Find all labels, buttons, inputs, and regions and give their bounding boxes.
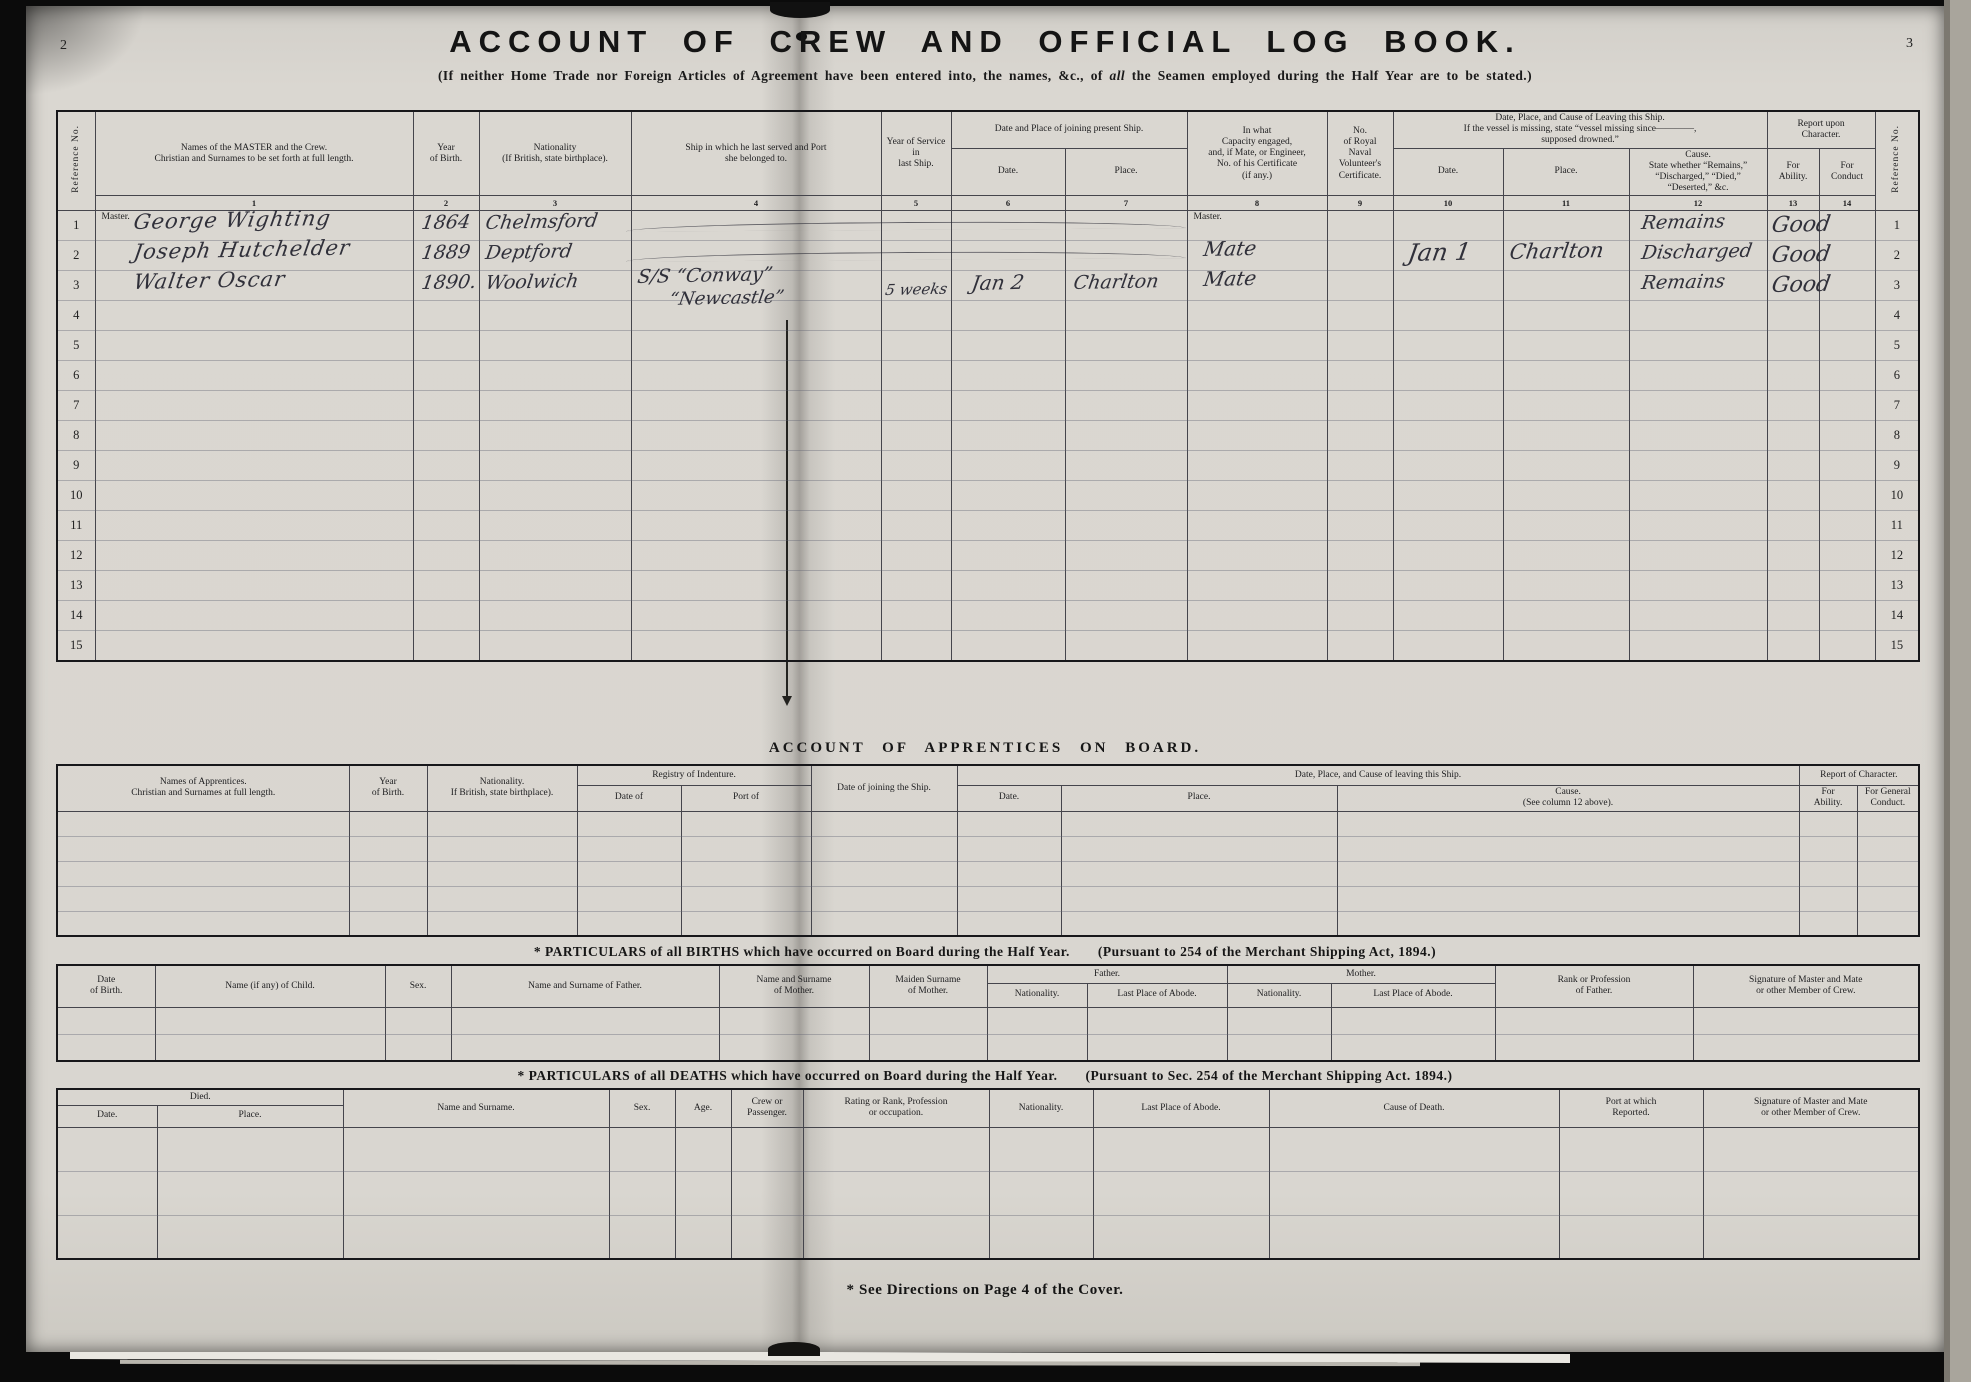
crew-ability-cell [1767, 361, 1819, 391]
crew-table-body: 1Master.George Wighting1864ChelmsfordMas… [57, 211, 1919, 661]
empty-row [57, 1034, 1919, 1061]
empty-cell [157, 1127, 343, 1171]
empty-cell [349, 886, 427, 911]
crew-conduct-cell [1819, 541, 1875, 571]
crew-join-date-cell [951, 421, 1065, 451]
crew-row: 55 [57, 331, 1919, 361]
cause-handwriting: Discharged [1640, 240, 1754, 264]
empty-cell [1799, 911, 1857, 936]
service-handwriting: 5 weeks [884, 280, 949, 299]
empty-cell [427, 861, 577, 886]
crew-join-place-cell [1065, 481, 1187, 511]
empty-cell [957, 836, 1061, 861]
empty-cell [731, 1215, 803, 1259]
crew-row: 44 [57, 301, 1919, 331]
empty-cell [1061, 911, 1337, 936]
crew-service-cell: 5 weeks [881, 271, 951, 301]
col-number: 9 [1327, 196, 1393, 211]
appr-header-registry-group: Registry of Indenture. [577, 765, 811, 785]
empty-cell [1703, 1215, 1919, 1259]
row-reference-right: 3 [1875, 271, 1919, 301]
crew-cause-cell [1629, 481, 1767, 511]
crew-header-service: Year of Service in last Ship. [881, 111, 951, 196]
births-header-mother-group: Mother. [1227, 965, 1495, 983]
crew-leave-date-cell [1393, 451, 1503, 481]
crew-leave-date-cell [1393, 481, 1503, 511]
row-reference-left: 14 [57, 601, 95, 631]
crew-birth-cell [413, 421, 479, 451]
empty-cell [349, 861, 427, 886]
crew-join-place-cell [1065, 421, 1187, 451]
crew-conduct-cell [1819, 391, 1875, 421]
row-reference-right: 1 [1875, 211, 1919, 241]
col-number: 12 [1629, 196, 1767, 211]
crew-leave-place-cell [1503, 511, 1629, 541]
crew-leave-place-cell [1503, 271, 1629, 301]
empty-cell [811, 861, 957, 886]
crew-rnv-cell [1327, 451, 1393, 481]
crew-service-cell [881, 631, 951, 661]
nationality-handwriting: Woolwich [484, 270, 580, 294]
crew-row: 1010 [57, 481, 1919, 511]
empty-cell [675, 1215, 731, 1259]
crew-column-numbers-row: 1 2 3 4 5 6 7 8 9 10 11 12 13 14 [57, 196, 1919, 211]
col-number: 3 [479, 196, 631, 211]
empty-cell [811, 911, 957, 936]
deaths-title-main: * PARTICULARS of all DEATHS which have o… [517, 1068, 1057, 1083]
empty-row [57, 911, 1919, 936]
crew-rnv-cell [1327, 541, 1393, 571]
crew-join-place-cell: Charlton [1065, 271, 1187, 301]
crew-cause-cell [1629, 391, 1767, 421]
births-header-father-name: Name and Surname of Father. [451, 965, 719, 1007]
crew-birth-cell [413, 361, 479, 391]
row-reference-right: 7 [1875, 391, 1919, 421]
births-table-body [57, 1007, 1919, 1061]
crew-name-handwriting: Walter Oscar [132, 267, 287, 294]
empty-cell [57, 861, 349, 886]
empty-cell [57, 911, 349, 936]
join-place-handwriting: Charlton [1072, 271, 1160, 295]
crew-conduct-cell [1819, 361, 1875, 391]
empty-cell [1799, 861, 1857, 886]
crew-birth-cell [413, 601, 479, 631]
deaths-header-nationality: Nationality. [989, 1089, 1093, 1127]
row-reference-left: 10 [57, 481, 95, 511]
empty-cell [57, 1171, 157, 1215]
empty-cell [609, 1171, 675, 1215]
crew-conduct-cell [1819, 481, 1875, 511]
crew-join-date-cell [951, 451, 1065, 481]
empty-cell [987, 1034, 1087, 1061]
crew-ship-cell: S/S “Conway”“Newcastle” [631, 271, 881, 301]
crew-service-cell [881, 451, 951, 481]
crew-name-cell: Joseph Hutchelder [95, 241, 413, 271]
births-header-sex: Sex. [385, 965, 451, 1007]
crew-ability-cell: Good [1767, 211, 1819, 241]
crew-ability-cell [1767, 451, 1819, 481]
crew-name-cell [95, 331, 413, 361]
births-header-mother-abode: Last Place of Abode. [1331, 983, 1495, 1007]
deaths-header-crew: Crew or Passenger. [731, 1089, 803, 1127]
crew-service-cell [881, 361, 951, 391]
empty-cell [1857, 911, 1919, 936]
crew-rnv-cell [1327, 511, 1393, 541]
crew-name-cell [95, 301, 413, 331]
empty-cell [1061, 886, 1337, 911]
row-reference-left: 4 [57, 301, 95, 331]
crew-cause-cell: Discharged [1629, 241, 1767, 271]
crew-leave-place-cell [1503, 301, 1629, 331]
crew-leave-date-cell [1393, 631, 1503, 661]
crew-join-date-cell [951, 511, 1065, 541]
empty-cell [1227, 1034, 1331, 1061]
empty-row [57, 1007, 1919, 1034]
empty-cell [1269, 1215, 1559, 1259]
crew-capacity-cell [1187, 511, 1327, 541]
births-header-father-nationality: Nationality. [987, 983, 1087, 1007]
appr-header-ability: For Ability. [1799, 785, 1857, 811]
crew-ship-cell [631, 511, 881, 541]
empty-row [57, 1127, 1919, 1171]
empty-cell [1269, 1127, 1559, 1171]
empty-cell [1331, 1034, 1495, 1061]
appr-header-nationality: Nationality. If British, state birthplac… [427, 765, 577, 811]
crew-row: 77 [57, 391, 1919, 421]
empty-cell [731, 1127, 803, 1171]
leave-date-handwriting: Jan 1 [1406, 238, 1473, 267]
empty-cell [1337, 836, 1799, 861]
crew-join-date-cell [951, 631, 1065, 661]
empty-cell [989, 1171, 1093, 1215]
crew-ship-cell [631, 361, 881, 391]
empty-cell [57, 811, 349, 836]
crew-table: Reference No. Names of the MASTER and th… [56, 110, 1920, 662]
empty-row [57, 811, 1919, 836]
crew-header-join-place: Place. [1065, 148, 1187, 196]
empty-cell [989, 1127, 1093, 1171]
crew-name-cell [95, 361, 413, 391]
appr-header-leaving-group: Date, Place, and Cause of leaving this S… [957, 765, 1799, 785]
crew-cause-cell [1629, 361, 1767, 391]
deaths-header-rating: Rating or Rank, Profession or occupation… [803, 1089, 989, 1127]
empty-cell [451, 1007, 719, 1034]
row-reference-right: 12 [1875, 541, 1919, 571]
crew-header-capacity: In what Capacity engaged, and, if Mate, … [1187, 111, 1327, 196]
empty-cell [1703, 1171, 1919, 1215]
crew-ability-cell: Good [1767, 241, 1819, 271]
empty-cell [1337, 911, 1799, 936]
row-reference-left: 9 [57, 451, 95, 481]
crew-join-date-cell [951, 481, 1065, 511]
crew-cause-cell [1629, 601, 1767, 631]
crew-birth-cell [413, 301, 479, 331]
empty-row [57, 861, 1919, 886]
crew-ship-cell [631, 451, 881, 481]
deaths-header-place: Place. [157, 1105, 343, 1127]
crew-name-cell [95, 571, 413, 601]
crew-name-cell [95, 631, 413, 661]
empty-cell [1061, 811, 1337, 836]
row-reference-left: 2 [57, 241, 95, 271]
empty-cell [869, 1007, 987, 1034]
empty-cell [1093, 1215, 1269, 1259]
book-edge [1944, 0, 1971, 1382]
crew-leave-date-cell [1393, 271, 1503, 301]
empty-cell [1693, 1007, 1919, 1034]
crew-ability-cell [1767, 481, 1819, 511]
crew-ability-cell [1767, 511, 1819, 541]
deaths-title-paren: (Pursuant to Sec. 254 of the Merchant Sh… [1086, 1068, 1453, 1083]
empty-cell [349, 911, 427, 936]
deaths-header-port: Port at which Reported. [1559, 1089, 1703, 1127]
crew-service-cell [881, 391, 951, 421]
crew-cause-cell [1629, 511, 1767, 541]
empty-cell [1799, 811, 1857, 836]
crew-join-date-cell [951, 541, 1065, 571]
crew-rnv-cell [1327, 391, 1393, 421]
fold-notch-bottom [768, 1342, 820, 1356]
crew-join-place-cell [1065, 511, 1187, 541]
empty-cell [681, 836, 811, 861]
appr-header-names: Names of Apprentices. Christian and Surn… [57, 765, 349, 811]
crew-capacity-cell [1187, 601, 1327, 631]
deaths-header-died-group: Died. [57, 1089, 343, 1105]
row-reference-left: 5 [57, 331, 95, 361]
empty-cell [719, 1034, 869, 1061]
crew-header-cause: Cause. State whether “Remains,” “Dischar… [1629, 148, 1767, 196]
birth-year-handwriting: 1864 [420, 211, 472, 234]
deaths-table-body [57, 1127, 1919, 1259]
crew-cause-cell [1629, 631, 1767, 661]
crew-conduct-cell [1819, 331, 1875, 361]
empty-cell [57, 1215, 157, 1259]
crew-cause-cell [1629, 571, 1767, 601]
leave-place-handwriting: Charlton [1508, 238, 1606, 264]
crew-nationality-cell [479, 301, 631, 331]
crew-ability-cell [1767, 421, 1819, 451]
empty-cell [1857, 836, 1919, 861]
empty-cell [577, 911, 681, 936]
appr-header-leave-date: Date. [957, 785, 1061, 811]
page-stack-edge-2 [120, 1360, 1420, 1366]
empty-cell [1495, 1007, 1693, 1034]
crew-service-cell [881, 601, 951, 631]
empty-cell [1093, 1171, 1269, 1215]
crew-leave-date-cell [1393, 391, 1503, 421]
empty-row [57, 836, 1919, 861]
births-title-paren: (Pursuant to 254 of the Merchant Shippin… [1098, 944, 1436, 959]
crew-leave-place-cell [1503, 571, 1629, 601]
col-number: 11 [1503, 196, 1629, 211]
crew-ship-cell [631, 481, 881, 511]
master-printed-label: Master. [1194, 212, 1222, 222]
crew-leave-date-cell: Jan 1 [1393, 241, 1503, 271]
empty-cell [1093, 1127, 1269, 1171]
crew-cause-cell [1629, 301, 1767, 331]
crew-nationality-cell [479, 571, 631, 601]
crew-name-cell [95, 421, 413, 451]
crew-capacity-cell [1187, 481, 1327, 511]
empty-cell [343, 1171, 609, 1215]
crew-row: 1111 [57, 511, 1919, 541]
crew-birth-cell [413, 451, 479, 481]
crew-birth-cell [413, 331, 479, 361]
crew-service-cell [881, 571, 951, 601]
empty-cell [427, 886, 577, 911]
empty-cell [1559, 1215, 1703, 1259]
crew-leave-place-cell [1503, 541, 1629, 571]
empty-cell [957, 811, 1061, 836]
crew-header-leave-date: Date. [1393, 148, 1503, 196]
deaths-header-signature: Signature of Master and Mate or other Me… [1703, 1089, 1919, 1127]
empty-cell [609, 1127, 675, 1171]
row-reference-left: 7 [57, 391, 95, 421]
crew-rnv-cell [1327, 481, 1393, 511]
crew-cause-cell [1629, 421, 1767, 451]
crew-leave-place-cell: Charlton [1503, 241, 1629, 271]
empty-cell [1799, 886, 1857, 911]
crew-leave-place-cell [1503, 451, 1629, 481]
empty-cell [957, 886, 1061, 911]
crew-ship-cell [631, 331, 881, 361]
empty-cell [451, 1034, 719, 1061]
crew-rnv-cell [1327, 241, 1393, 271]
ability-handwriting: Good [1770, 212, 1832, 238]
births-header-mother-name: Name and Surname of Mother. [719, 965, 869, 1007]
crew-rnv-cell [1327, 421, 1393, 451]
row-reference-right: 9 [1875, 451, 1919, 481]
crew-join-date-cell [951, 571, 1065, 601]
crew-ability-cell: Good [1767, 271, 1819, 301]
crew-rnv-cell [1327, 631, 1393, 661]
births-header-date: Date of Birth. [57, 965, 155, 1007]
col-number: 4 [631, 196, 881, 211]
crew-birth-cell: 1890. [413, 271, 479, 301]
row-reference-right: 5 [1875, 331, 1919, 361]
deaths-title: * PARTICULARS of all DEATHS which have o… [26, 1068, 1944, 1084]
page-subtitle: (If neither Home Trade nor Foreign Artic… [26, 68, 1944, 84]
deaths-header-sex: Sex. [609, 1089, 675, 1127]
row-reference-left: 12 [57, 541, 95, 571]
crew-conduct-cell [1819, 421, 1875, 451]
crew-leave-date-cell [1393, 421, 1503, 451]
empty-cell [57, 836, 349, 861]
empty-cell [577, 886, 681, 911]
empty-cell [811, 811, 957, 836]
crew-join-date-cell [951, 601, 1065, 631]
empty-cell [427, 836, 577, 861]
births-header-rank: Rank or Profession of Father. [1495, 965, 1693, 1007]
crew-service-cell [881, 421, 951, 451]
crew-join-place-cell [1065, 361, 1187, 391]
crew-conduct-cell [1819, 601, 1875, 631]
crew-join-date-cell [951, 361, 1065, 391]
crew-nationality-cell: Deptford [479, 241, 631, 271]
cause-handwriting: Remains [1640, 211, 1727, 235]
crew-service-cell [881, 331, 951, 361]
crew-nationality-cell [479, 361, 631, 391]
empty-row [57, 1215, 1919, 1259]
crew-ship-cell [631, 631, 881, 661]
col-number: 13 [1767, 196, 1819, 211]
crew-leave-date-cell [1393, 601, 1503, 631]
crew-nationality-cell [479, 601, 631, 631]
appr-header-report-group: Report of Character. [1799, 765, 1919, 785]
crew-nationality-cell [479, 541, 631, 571]
crew-join-date-cell [951, 391, 1065, 421]
crew-header-leave-place: Place. [1503, 148, 1629, 196]
crew-leave-place-cell [1503, 481, 1629, 511]
col-number: 10 [1393, 196, 1503, 211]
empty-cell [577, 811, 681, 836]
crew-name-handwriting: George Wighting [132, 206, 333, 234]
crew-birth-cell [413, 631, 479, 661]
empty-cell [427, 911, 577, 936]
crew-ability-cell [1767, 571, 1819, 601]
empty-cell [57, 1007, 155, 1034]
crew-header-join-date: Date. [951, 148, 1065, 196]
crew-join-place-cell [1065, 301, 1187, 331]
empty-cell [1227, 1007, 1331, 1034]
crew-capacity-cell [1187, 301, 1327, 331]
crew-name-cell [95, 601, 413, 631]
crew-capacity-cell [1187, 421, 1327, 451]
empty-cell [1703, 1127, 1919, 1171]
crew-leave-date-cell [1393, 511, 1503, 541]
crew-conduct-cell [1819, 571, 1875, 601]
nationality-handwriting: Deptford [484, 241, 574, 265]
crew-conduct-cell [1819, 511, 1875, 541]
apprentices-table: Names of Apprentices. Christian and Surn… [56, 764, 1920, 937]
births-header-child: Name (if any) of Child. [155, 965, 385, 1007]
empty-cell [155, 1007, 385, 1034]
crew-row: 1212 [57, 541, 1919, 571]
empty-cell [1559, 1127, 1703, 1171]
crew-name-cell [95, 541, 413, 571]
ability-handwriting: Good [1770, 242, 1832, 268]
deaths-header-date: Date. [57, 1105, 157, 1127]
crew-join-place-cell [1065, 571, 1187, 601]
appr-header-cause: Cause. (See column 12 above). [1337, 785, 1799, 811]
row-reference-right: 11 [1875, 511, 1919, 541]
empty-cell [957, 911, 1061, 936]
crew-header-ability: For Ability. [1767, 148, 1819, 196]
crew-nationality-cell [479, 331, 631, 361]
crew-ship-cell [631, 421, 881, 451]
deaths-header-name: Name and Surname. [343, 1089, 609, 1127]
crew-header-names: Names of the MASTER and the Crew. Christ… [95, 111, 413, 196]
crew-header-reference-right: Reference No. [1875, 111, 1919, 211]
crew-ship-cell [631, 571, 881, 601]
crew-service-cell [881, 541, 951, 571]
apprentices-title: ACCOUNT OF APPRENTICES ON BOARD. [26, 740, 1944, 757]
empty-cell [349, 836, 427, 861]
appr-header-conduct: For General Conduct. [1857, 785, 1919, 811]
crew-row: 1515 [57, 631, 1919, 661]
footer-note: * See Directions on Page 4 of the Cover. [26, 1282, 1944, 1299]
empty-cell [1337, 811, 1799, 836]
crew-name-handwriting: Joseph Hutchelder [132, 236, 352, 265]
crew-header-ship: Ship in which he last served and Port sh… [631, 111, 881, 196]
crew-rnv-cell [1327, 601, 1393, 631]
crew-leave-place-cell [1503, 601, 1629, 631]
births-header-maiden: Maiden Surname of Mother. [869, 965, 987, 1007]
empty-row [57, 1171, 1919, 1215]
row-reference-left: 8 [57, 421, 95, 451]
crew-cause-cell [1629, 331, 1767, 361]
empty-cell [349, 811, 427, 836]
